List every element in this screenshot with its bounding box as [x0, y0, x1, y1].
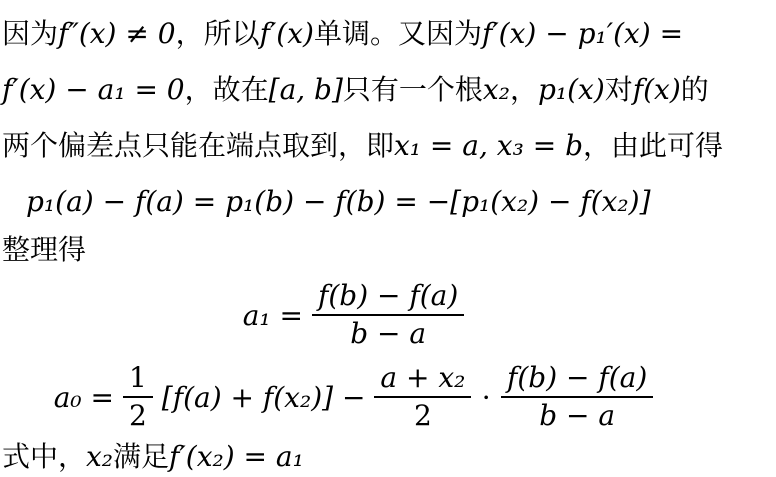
math-run: x₂ — [86, 440, 113, 473]
math-run: f′(x) — [260, 17, 314, 50]
fraction-denominator: 2 — [374, 398, 471, 433]
fraction-numerator: a + x₂ — [374, 361, 471, 398]
text-run: 整理得 — [2, 234, 86, 265]
fraction-one-half: 1 2 — [121, 361, 155, 432]
document-page: 因为f″(x) ≠ 0，所以f′(x)单调。又因为f′(x) − p₁′(x) … — [0, 0, 776, 477]
paragraph-line-2: f′(x) − a₁ = 0，故在[a, b]只有一个根x₂，p₁(x)对f(x… — [0, 62, 776, 118]
math-run: f′(x) − p₁′(x) = — [482, 17, 683, 50]
fraction-slope: f(b) − f(a) b − a — [499, 361, 655, 432]
text-run: ， — [510, 74, 538, 105]
math-run: f(x) — [633, 73, 681, 106]
fraction: f(b) − f(a) b − a — [310, 279, 466, 350]
math-run: [a, b] — [269, 73, 343, 106]
fraction-numerator: f(b) − f(a) — [312, 279, 464, 316]
math-run: p₁(x) — [538, 73, 605, 106]
fraction-midpoint: a + x₂ 2 — [372, 361, 473, 432]
math-run: f′(x₂) = a₁ — [169, 440, 304, 473]
math-run: p₁(a) − f(a) = p₁(b) − f(b) = −[p₁(x₂) −… — [26, 185, 651, 218]
text-run: ，所以 — [176, 18, 260, 49]
paragraph-line-rearrange: 整理得 — [0, 230, 776, 274]
fraction-denominator: b − a — [312, 316, 464, 351]
text-run: 两个偏差点只能在端点取到，即 — [2, 130, 394, 161]
text-run: 因为 — [2, 18, 58, 49]
math-run: x₁ = a, x₃ = b — [394, 129, 583, 162]
text-run: ，故在 — [185, 74, 269, 105]
fraction-numerator: 1 — [123, 361, 153, 398]
paragraph-line-3: 两个偏差点只能在端点取到，即x₁ = a, x₃ = b，由此可得 — [0, 118, 776, 174]
math-run: x₂ — [483, 73, 510, 106]
inline-equation-deviation: p₁(a) − f(a) = p₁(b) − f(b) = −[p₁(x₂) −… — [0, 174, 776, 230]
equation-a1: a₁ = f(b) − f(a) b − a — [0, 274, 776, 356]
dot-operator: ⋅ — [481, 381, 491, 414]
text-run: 式中， — [2, 441, 86, 472]
text-run: 单调。又因为 — [314, 18, 482, 49]
text-run: 满足 — [113, 441, 169, 472]
fraction-denominator: 2 — [123, 398, 153, 433]
text-run: 对 — [605, 74, 633, 105]
paragraph-line-closing: 式中，x₂满足f′(x₂) = a₁ — [0, 438, 776, 477]
text-run: ，由此可得 — [583, 130, 723, 161]
math-run: f′(x) − a₁ = 0 — [2, 73, 185, 106]
fraction-denominator: b − a — [501, 398, 653, 433]
equation-lhs: a₀ = — [54, 381, 114, 414]
equation-lhs: a₁ = — [243, 299, 303, 332]
text-run: 的 — [681, 74, 709, 105]
math-run: [f(a) + f(x₂)] − — [162, 381, 366, 414]
math-run: f″(x) ≠ 0 — [58, 17, 176, 50]
paragraph-line-1: 因为f″(x) ≠ 0，所以f′(x)单调。又因为f′(x) − p₁′(x) … — [0, 6, 776, 62]
equation-a0: a₀ = 1 2 [f(a) + f(x₂)] − a + x₂ 2 ⋅ f(b… — [0, 356, 776, 438]
fraction-numerator: f(b) − f(a) — [501, 361, 653, 398]
text-run: 只有一个根 — [343, 74, 483, 105]
